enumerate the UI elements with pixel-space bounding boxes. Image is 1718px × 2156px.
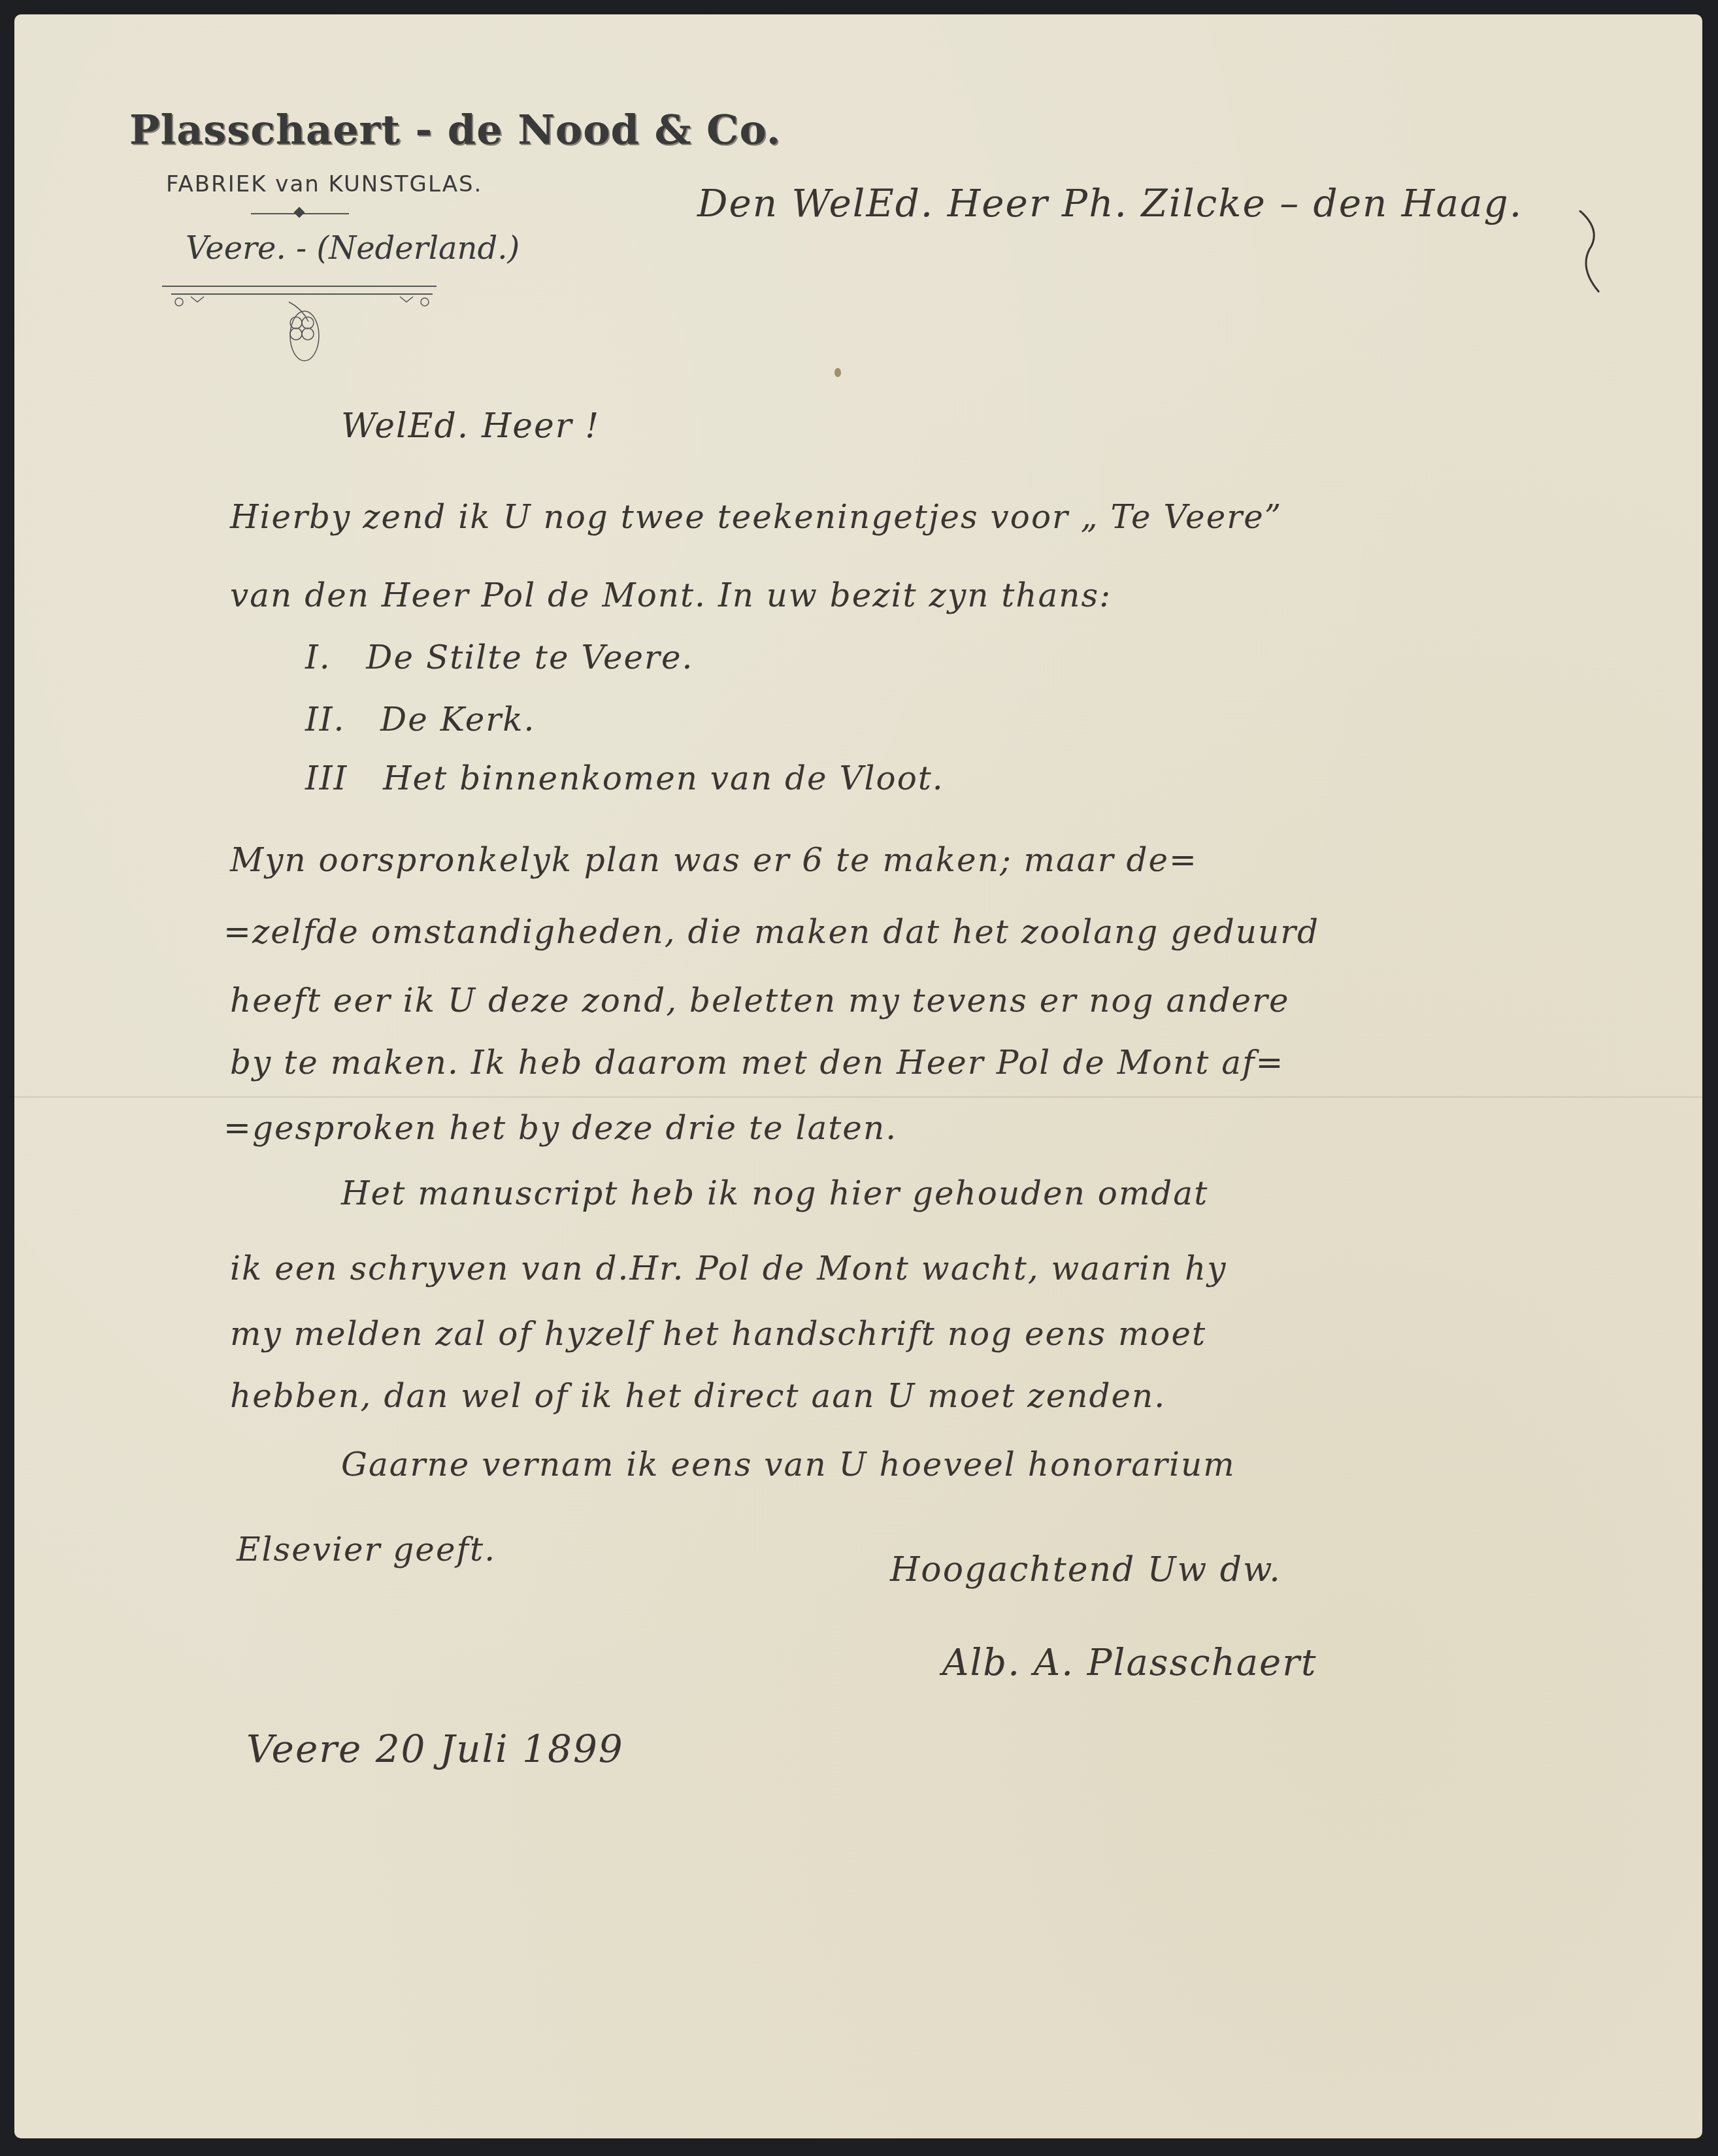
letterhead-rule (162, 286, 437, 287)
body-line: by te maken. Ik heb daarom met den Heer … (230, 1044, 1284, 1082)
body-line: Elsevier geeft. (237, 1531, 496, 1568)
list-item: I. De Stilte te Veere. (305, 639, 693, 676)
body-line: Myn oorspronkelyk plan was er 6 te maken… (230, 841, 1198, 879)
date-line: Veere 20 Juli 1899 (246, 1727, 624, 1771)
list-title: De Stilte te Veere. (366, 639, 693, 676)
list-numeral: III (305, 759, 348, 797)
body-line: Hierby zend ik U nog twee teekeningetjes… (230, 498, 1282, 536)
clover-ornament-icon (171, 289, 433, 371)
body-line: my melden zal of hyzelf het handschrift … (230, 1315, 1206, 1353)
body-line: =gesproken het by deze drie te laten. (223, 1109, 897, 1147)
recipient-address: Den WelEd. Heer Ph. Zilcke – den Haag. (697, 181, 1523, 225)
diamond-ornament-icon (294, 207, 305, 218)
list-numeral: II. (305, 701, 345, 738)
body-line: Het manuscript heb ik nog hier gehouden … (341, 1174, 1208, 1212)
address-flourish (1576, 210, 1615, 295)
body-line: van den Heer Pol de Mont. In uw bezit zy… (230, 576, 1112, 614)
body-line: =zelfde omstandigheden, die maken dat he… (223, 913, 1319, 951)
paper-fold-line (14, 1096, 1702, 1098)
letterhead-subtitle: FABRIEK van KUNSTGLAS. (166, 171, 482, 197)
body-line: heeft eer ik U deze zond, beletten my te… (230, 982, 1290, 1020)
signature: Alb. A. Plasschaert (942, 1642, 1317, 1684)
list-item: III Het binnenkomen van de Vloot. (305, 759, 944, 797)
closing: Hoogachtend Uw dw. (890, 1550, 1281, 1589)
letterhead-firm-name: Plasschaert - de Nood & Co. (129, 106, 781, 154)
salutation: WelEd. Heer ! (341, 406, 600, 446)
body-line: hebben, dan wel of ik het direct aan U m… (230, 1377, 1166, 1415)
body-line: ik een schryven van d.Hr. Pol de Mont wa… (230, 1250, 1227, 1287)
letter-sheet: Plasschaert - de Nood & Co. FABRIEK van … (14, 14, 1702, 2138)
list-title: De Kerk. (380, 701, 535, 738)
list-numeral: I. (305, 639, 331, 676)
body-line: Gaarne vernam ik eens van U hoeveel hono… (341, 1446, 1236, 1484)
list-item: II. De Kerk. (305, 701, 535, 738)
list-title: Het binnenkomen van de Vloot. (383, 759, 944, 797)
paper-stain (834, 368, 841, 377)
letterhead-city: Veere. - (Nederland.) (186, 230, 520, 267)
